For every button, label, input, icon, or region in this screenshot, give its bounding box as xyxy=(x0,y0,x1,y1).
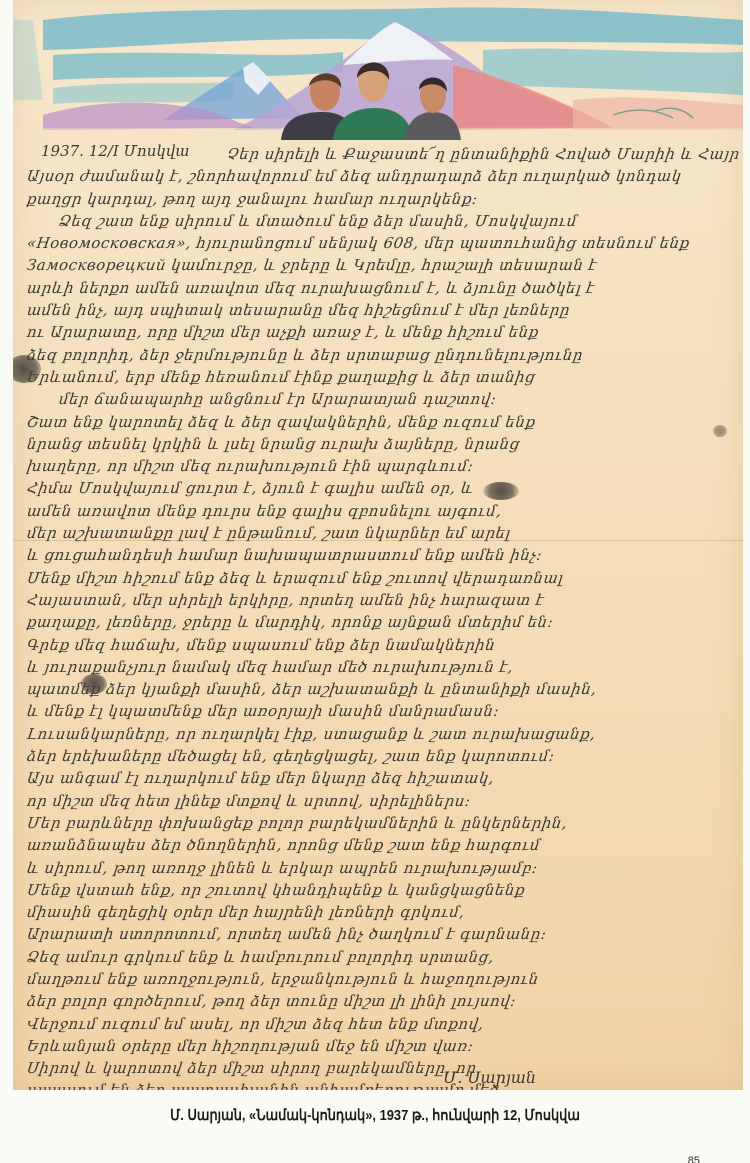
letter-line: Հայաստան, մեր սիրելի երկիրը, որտեղ ամեն … xyxy=(25,589,740,611)
ink-blot xyxy=(483,482,519,500)
letter-line: Замоскворецкий կամուրջը, և ջրերը և Կրեմլ… xyxy=(25,254,740,276)
letter-line: Երևանում, երբ մենք հեռանում էինք քաղաքից… xyxy=(25,366,740,388)
letter-line: խաղերը, որ միշտ մեզ ուրախություն էին պար… xyxy=(25,455,740,477)
ink-blot xyxy=(713,425,727,437)
letter-line: ամեն ինչ, այդ սպիտակ տեսարանը մեզ հիշեցն… xyxy=(25,299,740,321)
letter-line: ամեն առավոտ մենք դուրս ենք գալիս զբոսնել… xyxy=(25,500,740,522)
letter-line: Հիմա Մոսկվայում ցուրտ է, ձյուն է գալիս ա… xyxy=(25,477,740,499)
letter-line: Վերջում ուզում եմ ասել, որ միշտ ձեզ հետ … xyxy=(25,1013,740,1035)
letter-line: Այսօր ժամանակ է, շնորհավորում եմ ձեզ անդ… xyxy=(25,165,740,187)
letter-line: Ձեզ շատ ենք սիրում և մտածում ենք ձեր մաս… xyxy=(25,210,740,232)
letter-line: ձեզ բոլորիդ, ձեր ջերմությունը և ձեր սրտա… xyxy=(25,344,740,366)
letter-line: Մենք միշտ հիշում ենք ձեզ և երազում ենք շ… xyxy=(25,567,740,589)
ink-blot xyxy=(81,674,107,694)
paper-fold-line xyxy=(13,540,743,541)
letter-line: Գրեք մեզ հաճախ, մենք սպասում ենք ձեր նամ… xyxy=(25,634,740,656)
letter-line: քաղաքը, լեռները, ջրերը և մարդիկ, որոնք ա… xyxy=(25,611,740,633)
letter-line: մաղթում ենք առողջություն, երջանկություն … xyxy=(25,968,740,990)
letter-line: պատմեք ձեր կյանքի մասին, ձեր աշխատանքի և… xyxy=(25,678,740,700)
letter-line: Այս անգամ էլ ուղարկում ենք մեր նկարը ձեզ… xyxy=(25,767,740,789)
letter-line: միասին գեղեցիկ օրեր մեր հայրենի լեռների … xyxy=(25,901,740,923)
letter-line: Սիրով և կարոտով ձեր միշտ սիրող բարեկամնե… xyxy=(25,1057,740,1079)
letter-line: Լուսանկարները, որ ուղարկել էիք, ստացանք … xyxy=(25,723,740,745)
letter-line: Երևանյան օրերը մեր հիշողության մեջ են մի… xyxy=(25,1035,740,1057)
letter-line: Շատ ենք կարոտել ձեզ և ձեր զավակներին, մե… xyxy=(25,411,740,433)
letter-line: արևի ներքո ամեն առավոտ մեզ ուրախացնում է… xyxy=(25,277,740,299)
letter-line: Արարատի ստորոտում, որտեղ ամեն ինչ ծաղկու… xyxy=(25,923,740,945)
letter-greeting: Չեր սիրելի և Քաջաստե՜ղ ընտանիքին Հոված Մ… xyxy=(25,143,740,165)
letter-line: առանձնապես ձեր ծնողներին, որոնց մենք շատ… xyxy=(25,834,740,856)
letter-line: Ձեզ ամուր գրկում ենք և համբուրում բոլորի… xyxy=(25,946,740,968)
letter-line: քաղցր կարդալ, թող այդ ջանալու համար ուղա… xyxy=(25,188,740,210)
letter-line: ձեր բոլոր գործերում, թող ձեր տունը միշտ … xyxy=(25,990,740,1012)
letter-line: Մենք վստահ ենք, որ շուտով կհանդիպենք և կ… xyxy=(25,879,740,901)
letter-line: և մենք էլ կպատմենք մեր առօրյայի մասին մա… xyxy=(25,700,740,722)
letter-line: «Новомосковская», հյուրանոցում սենյակ 60… xyxy=(25,232,740,254)
letter-line: նրանց տեսնել կրկին և լսել նրանց ուրախ ձա… xyxy=(25,433,740,455)
letter-line: Մեր բարևները փոխանցեք բոլոր բարեկամներին… xyxy=(25,812,740,834)
watercolor-illustration xyxy=(13,0,743,160)
figure-caption: Մ. Սարյան, «Նամակ-կոնդակ», 1937 թ., հուն… xyxy=(53,1106,698,1124)
letter-line: և սիրում, թող առողջ լինեն և երկար ապրեն … xyxy=(25,857,740,879)
letter-line: մեր ճանապարհը անցնում էր Արարատյան դաշտո… xyxy=(25,388,740,410)
signature: Մ. Սարյան xyxy=(443,1068,536,1087)
letter-line: ձեր երեխաները մեծացել են, գեղեցկացել, շա… xyxy=(25,745,740,767)
letter-line: և ցուցահանդեսի համար նախապատրաստում ենք … xyxy=(25,544,740,566)
page-number: 85 xyxy=(688,1155,700,1163)
letter-line: ու Արարատը, որը միշտ մեր աչքի առաջ է, և … xyxy=(25,321,740,343)
letter-line: սպասում են ձեր պատասխանին անհամբերությամ… xyxy=(25,1079,740,1090)
letter-paper: 1937. 12/I Մոսկվա Չեր սիրելի և Քաջաստե՜ղ… xyxy=(13,0,743,1090)
handwritten-letter-body: Չեր սիրելի և Քաջաստե՜ղ ընտանիքին Հոված Մ… xyxy=(27,143,739,1090)
letter-line: որ միշտ մեզ հետ լինեք մտքով և սրտով, սիր… xyxy=(25,790,740,812)
letter-line: և յուրաքանչյուր նամակ մեզ համար մեծ ուրա… xyxy=(25,656,740,678)
